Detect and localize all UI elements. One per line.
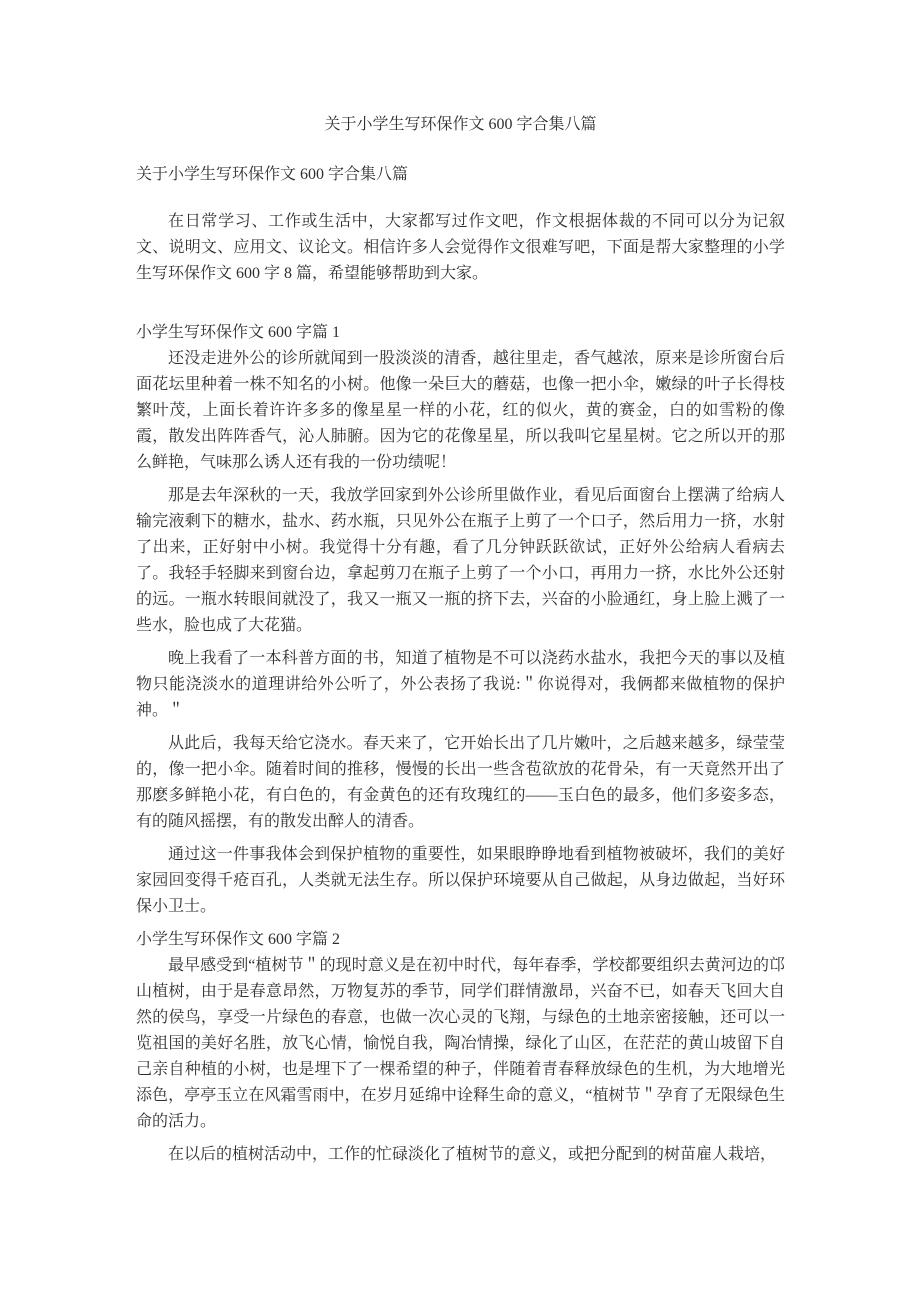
section-1-paragraph-3: 晚上我看了一本科普方面的书，知道了植物是不可以浇药水盐水，我把今天的事以及植物只… [136,646,785,724]
section-1-paragraph-2: 那是去年深秋的一天，我放学回家到外公诊所里做作业，看见后面窗台上摆满了给病人输完… [136,483,785,639]
document-subtitle: 关于小学生写环保作文 600 字合集八篇 [136,162,785,188]
section-2-paragraph-1: 最早感受到“植树节＂的现时意义是在初中时代，每年春季，学校都要组织去黄河边的邙山… [136,953,785,1135]
section-1-paragraph-5: 通过这一件事我体会到保护植物的重要性，如果眼睁睁地看到植物被破坏，我们的美好家园… [136,842,785,920]
section-2-heading: 小学生写环保作文 600 字篇 2 [136,927,785,953]
document-title: 关于小学生写环保作文 600 字合集八篇 [136,112,785,138]
section-1-paragraph-4: 从此后，我每天给它浇水。春天来了，它开始长出了几片嫩叶，之后越来越多，绿莹莹的，… [136,731,785,835]
section-1-heading: 小学生写环保作文 600 字篇 1 [136,320,785,346]
section-2-paragraph-2: 在以后的植树活动中，工作的忙碌淡化了植树节的意义，或把分配到的树苗雇人栽培， [136,1142,785,1168]
document-page: 关于小学生写环保作文 600 字合集八篇 关于小学生写环保作文 600 字合集八… [0,0,920,1302]
section-1-paragraph-1: 还没走进外公的诊所就闻到一股淡淡的清香，越往里走，香气越浓，原来是诊所窗台后面花… [136,346,785,476]
intro-paragraph: 在日常学习、工作或生活中，大家都写过作文吧，作文根据体裁的不同可以分为记叙文、说… [136,209,785,287]
